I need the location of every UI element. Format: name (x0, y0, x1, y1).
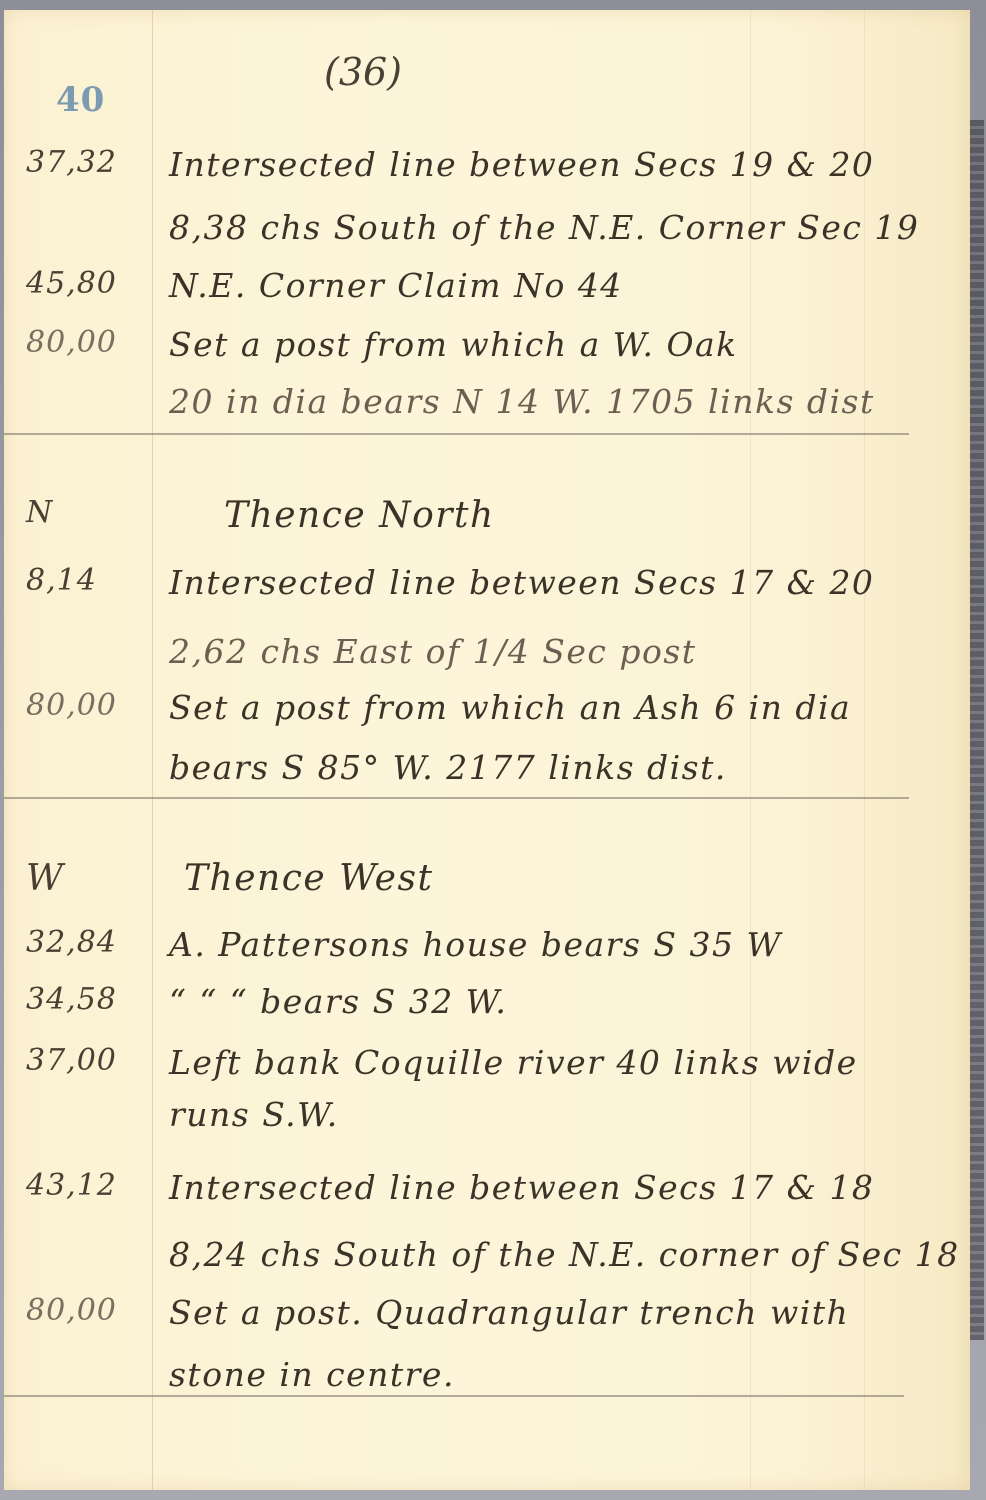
entry-line: 43,12 Intersected line between Secs 17 &… (4, 1168, 970, 1228)
entry-text: 8,24 chs South of the N.E. corner of Sec… (169, 1235, 929, 1274)
bearing-letter: W (26, 858, 146, 899)
chain-distance: 80,00 (26, 1293, 146, 1328)
entry-line: 34,58 “ “ “ bears S 32 W. (4, 982, 970, 1042)
entry-text: Intersected line between Secs 17 & 20 (169, 563, 929, 602)
entry-line: 45,80 N.E. Corner Claim No 44 (4, 266, 970, 326)
entry-line: 32,84 A. Pattersons house bears S 35 W (4, 925, 970, 985)
chain-distance: 37,00 (26, 1043, 146, 1078)
chain-distance: 80,00 (26, 688, 146, 723)
entry-text: 20 in dia bears N 14 W. 1705 links dist (169, 382, 929, 421)
entry-line: 37,32 Intersected line between Secs 19 &… (4, 145, 970, 205)
section-divider (4, 433, 909, 435)
entry-text: 2,62 chs East of 1/4 Sec post (169, 632, 929, 671)
chain-distance: 37,32 (26, 145, 146, 180)
entry-text: bears S 85° W. 2177 links dist. (169, 748, 929, 787)
entry-line: bears S 85° W. 2177 links dist. (4, 748, 970, 808)
entry-text: Intersected line between Secs 19 & 20 (169, 145, 929, 184)
entry-text: Set a post from which an Ash 6 in dia (169, 688, 929, 727)
entry-text: 8,38 chs South of the N.E. Corner Sec 19 (169, 208, 929, 247)
chain-distance: 45,80 (26, 266, 146, 301)
section-divider (4, 797, 909, 799)
chain-distance: 32,84 (26, 925, 146, 960)
chain-distance: 80,00 (26, 325, 146, 360)
entry-text: runs S.W. (169, 1095, 929, 1134)
chain-distance: 34,58 (26, 982, 146, 1017)
notebook-page: 40 (36) 37,32 Intersected line between S… (4, 10, 970, 1490)
entry-text: A. Pattersons house bears S 35 W (169, 925, 929, 964)
entry-line: 37,00 Left bank Coquille river 40 links … (4, 1043, 970, 1103)
entry-text: stone in centre. (169, 1355, 929, 1394)
entry-line: 80,00 Set a post from which a W. Oak (4, 325, 970, 385)
entry-line: 80,00 Set a post. Quadrangular trench wi… (4, 1293, 970, 1353)
entry-line: N Thence North (4, 495, 970, 555)
entry-text: “ “ “ bears S 32 W. (169, 982, 929, 1021)
entry-text: Left bank Coquille river 40 links wide (169, 1043, 929, 1082)
chain-distance: 8,14 (26, 563, 146, 598)
entry-line: W Thence West (4, 858, 970, 918)
chain-distance: 43,12 (26, 1168, 146, 1203)
entry-line: 2,62 chs East of 1/4 Sec post (4, 632, 970, 692)
entry-text: Set a post from which a W. Oak (169, 325, 929, 364)
entry-heading: Thence West (184, 858, 944, 899)
section-divider (4, 1395, 904, 1397)
entry-heading: Thence North (224, 495, 984, 536)
entry-line: stone in centre. (4, 1355, 970, 1415)
entry-text: N.E. Corner Claim No 44 (169, 266, 929, 305)
page-number: 40 (56, 80, 105, 120)
entry-line: 8,38 chs South of the N.E. Corner Sec 19 (4, 208, 970, 268)
entry-text: Intersected line between Secs 17 & 18 (169, 1168, 929, 1207)
entry-line: 8,14 Intersected line between Secs 17 & … (4, 563, 970, 623)
entry-line: 80,00 Set a post from which an Ash 6 in … (4, 688, 970, 748)
folio-number: (36) (324, 50, 402, 94)
entry-line: runs S.W. (4, 1095, 970, 1155)
entry-line: 8,24 chs South of the N.E. corner of Sec… (4, 1235, 970, 1295)
entry-text: Set a post. Quadrangular trench with (169, 1293, 929, 1332)
bearing-letter: N (26, 495, 146, 530)
